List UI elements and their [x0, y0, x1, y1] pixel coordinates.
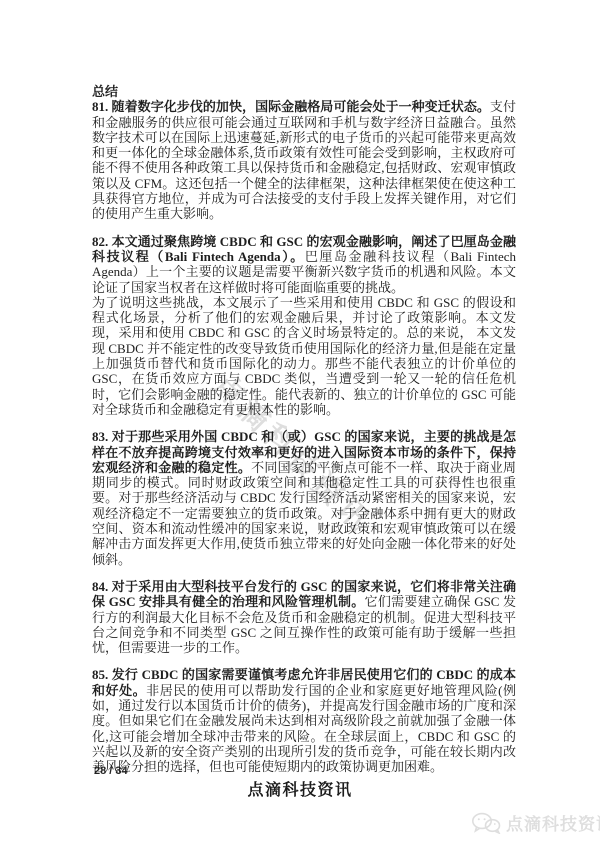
paragraph-81-body: 支付和金融服务的供应很可能会通过互联网和手机与数字经济日益融合。虽然数字技术可以… — [92, 99, 516, 221]
paragraph-82: 82. 本文通过聚焦跨境 CBDC 和 GSC 的宏观金融影响，阐述了巴厘岛金融… — [92, 234, 516, 295]
footer-brand: 点滴科技资讯 — [0, 777, 600, 800]
document-page: 总结 81. 随着数字化步伐的加快，国际金融格局可能会处于一种变迁状态。支付和金… — [92, 84, 516, 774]
paragraph-82-continued-body: 为了说明这些挑战，本文展示了一些采用和使用 CBDC 和 GSC 的假设和程式化… — [92, 295, 516, 417]
paragraph-85: 85. 发行 CBDC 的国家需要谨慎考虑允许非居民使用它们的 CBDC 的成本… — [92, 667, 516, 774]
paragraph-82-continued: 为了说明这些挑战，本文展示了一些采用和使用 CBDC 和 GSC 的假设和程式化… — [92, 295, 516, 417]
paragraph-81: 81. 随着数字化步伐的加快，国际金融格局可能会处于一种变迁状态。支付和金融服务… — [92, 99, 516, 221]
page-number: 28 / 34 — [94, 765, 128, 777]
paragraph-84: 84. 对于采用由大型科技平台发行的 GSC 的国家来说，它们将非常关注确保 G… — [92, 579, 516, 655]
section-heading: 总结 — [92, 84, 516, 99]
corner-watermark-label: 点滴科技资讯 — [506, 810, 600, 835]
paragraph-81-lead: 81. 随着数字化步伐的加快，国际金融格局可能会处于一种变迁状态。 — [92, 99, 490, 114]
paragraph-83-body: 不同国家的平衡点可能不一样、取决于商业周期同步的模式。同时财政政策空间和其他稳定… — [92, 460, 516, 567]
paragraph-85-body: 非居民的使用可以帮助发行国的企业和家庭更好地管理风险(例如，通过发行以本国货币计… — [92, 683, 516, 774]
paragraph-83: 83. 对于那些采用外国 CBDC 和（或）GSC 的国家来说，主要的挑战是怎样… — [92, 429, 516, 567]
wechat-icon — [471, 812, 501, 834]
corner-watermark: 点滴科技资讯 — [471, 810, 600, 835]
